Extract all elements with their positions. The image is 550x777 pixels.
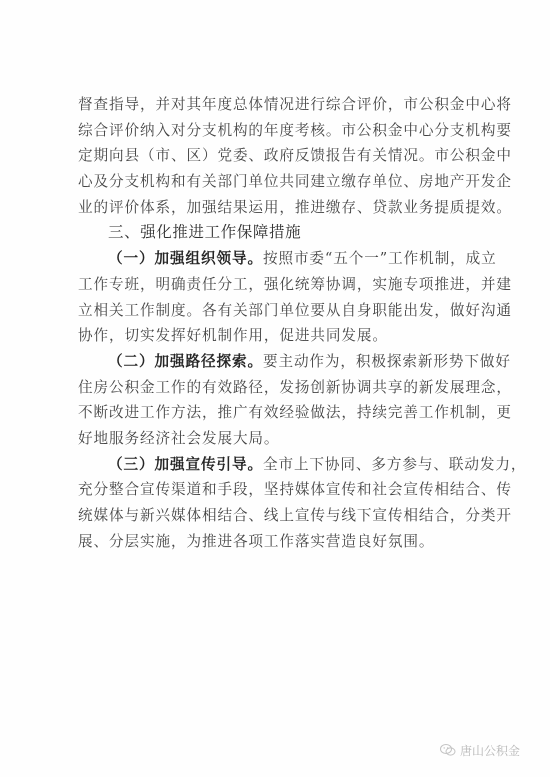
item-2-text: 要主动作为，积极探索新形势下做好	[263, 353, 511, 370]
body-line: 好地服务经济社会发展大局。	[78, 426, 492, 452]
body-line: 住房公积金工作的有效路径，发扬创新协调共享的新发展理念，	[78, 375, 492, 401]
item-3-text: 全市上下协同、多方参与、联动发力，	[263, 456, 526, 473]
wechat-icon	[440, 743, 456, 757]
item-3-title: （三）加强宣传引导。	[108, 456, 263, 473]
watermark-text: 唐山公积金	[460, 742, 520, 759]
body-line: 协作，切实发挥好机制作用，促进共同发展。	[78, 323, 492, 349]
section-heading: 三、强化推进工作保障措施	[78, 220, 492, 246]
body-line: 业的评价体系，加强结果运用，推进缴存、贷款业务提质提效。	[78, 195, 492, 221]
document-body: 督查指导，并对其年度总体情况进行综合评价，市公积金中心将 综合评价纳入对分支机构…	[78, 92, 492, 554]
item-1-text: 按照市委“五个一”工作机制，成立	[263, 250, 497, 267]
body-line: 心及分支机构和有关部门单位共同建立缴存单位、房地产开发企	[78, 169, 492, 195]
body-line: 不断改进工作方法，推广有效经验做法，持续完善工作机制，更	[78, 400, 492, 426]
body-line: 充分整合宣传渠道和手段，坚持媒体宣传和社会宣传相结合、传	[78, 477, 492, 503]
watermark: 唐山公积金	[440, 740, 520, 760]
body-line: 展、分层实施，为推进各项工作落实营造良好氛围。	[78, 529, 492, 555]
item-2-first-line: （二）加强路径探索。要主动作为，积极探索新形势下做好	[78, 349, 492, 375]
body-line: 定期向县（市、区）党委、政府反馈报告有关情况。市公积金中	[78, 143, 492, 169]
body-line: 综合评价纳入对分支机构的年度考核。市公积金中心分支机构要	[78, 118, 492, 144]
item-3-first-line: （三）加强宣传引导。全市上下协同、多方参与、联动发力，	[78, 452, 492, 478]
body-line: 工作专班，明确责任分工，强化统筹协调，实施专项推进，并建	[78, 272, 492, 298]
body-line: 立相关工作制度。各有关部门单位要从自身职能出发，做好沟通	[78, 298, 492, 324]
body-line: 督查指导，并对其年度总体情况进行综合评价，市公积金中心将	[78, 92, 492, 118]
document-page: 督查指导，并对其年度总体情况进行综合评价，市公积金中心将 综合评价纳入对分支机构…	[0, 0, 550, 777]
item-1-first-line: （一）加强组织领导。按照市委“五个一”工作机制，成立	[78, 246, 492, 272]
item-2-title: （二）加强路径探索。	[108, 353, 263, 370]
item-1-title: （一）加强组织领导。	[108, 250, 263, 267]
body-line: 统媒体与新兴媒体相结合、线上宣传与线下宣传相结合，分类开	[78, 503, 492, 529]
